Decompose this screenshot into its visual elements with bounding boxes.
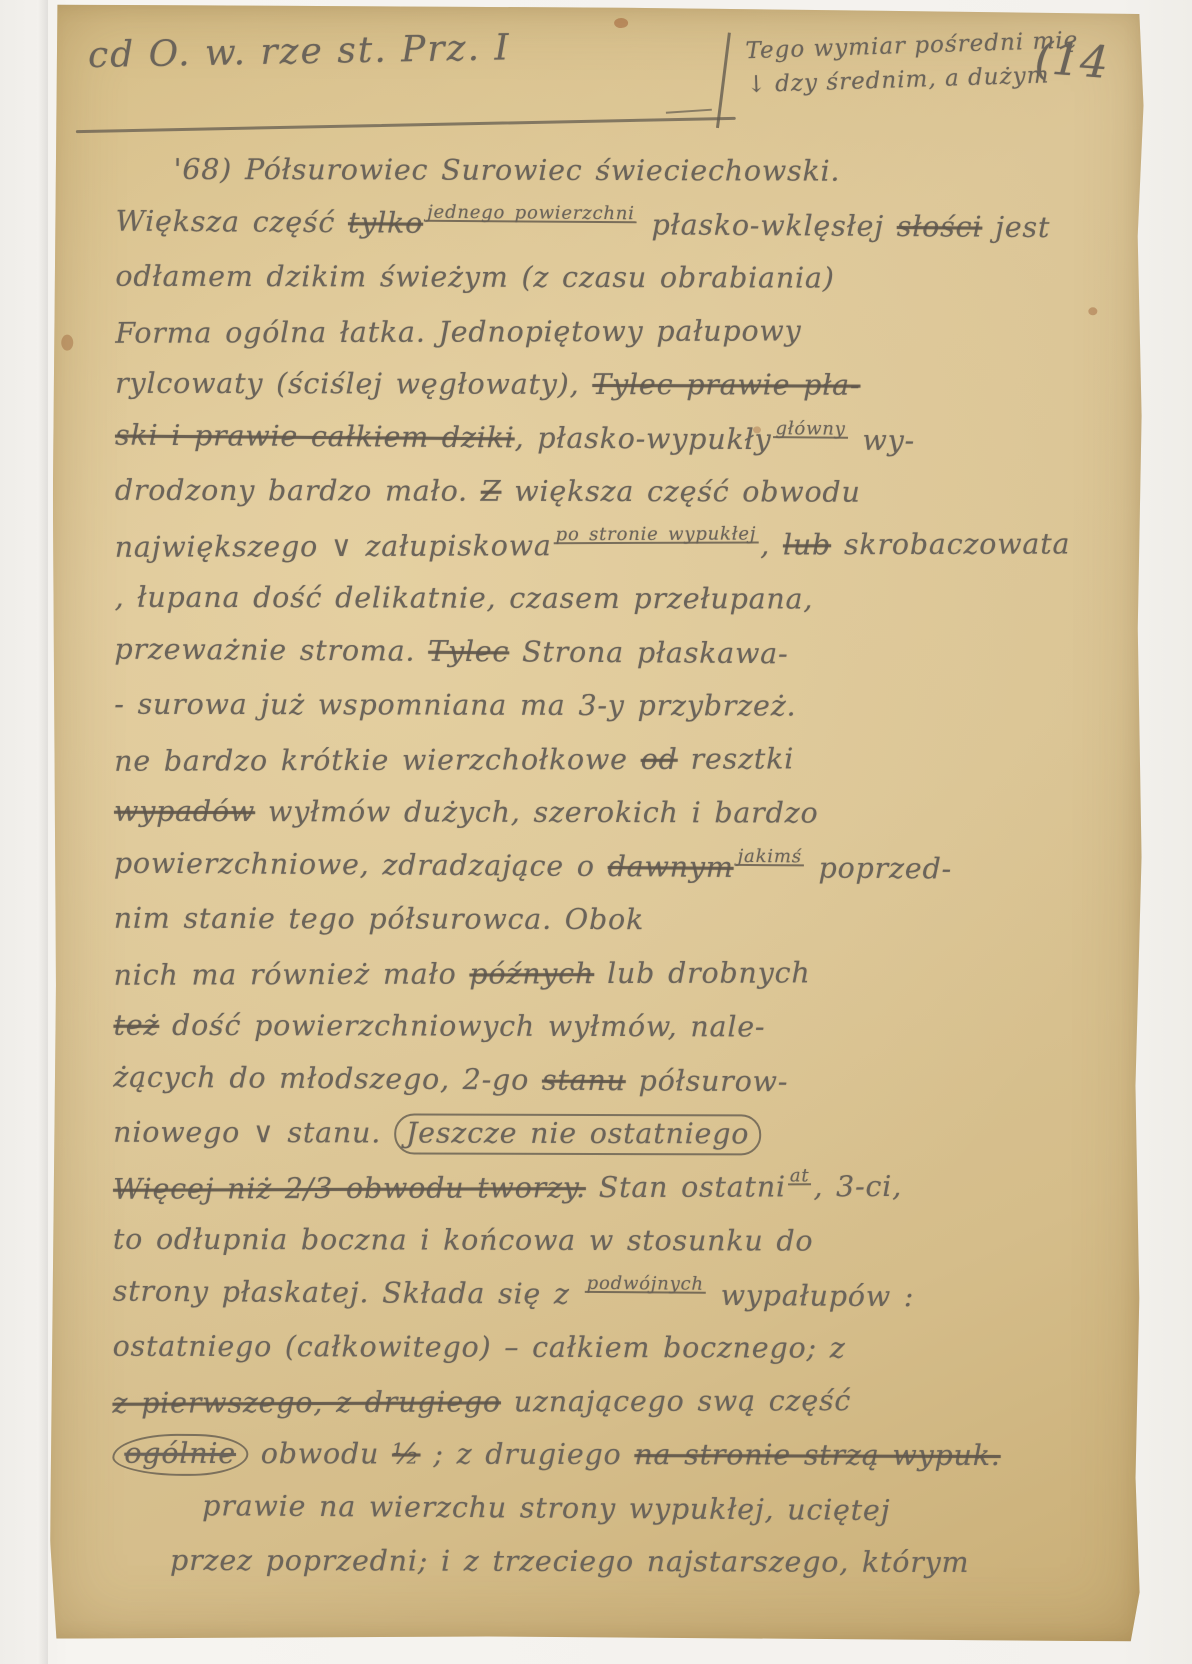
manuscript-line: też dość powierzchniowych wyłmów, nale- (113, 999, 1101, 1055)
handwritten-text: żących do młodszego, 2-go (113, 1060, 542, 1096)
manuscript-line: nim stanie tego półsurowca. Obok (114, 892, 1102, 948)
handwritten-text: przeważnie stroma. (114, 632, 428, 667)
struck-text: wypadów (114, 795, 255, 828)
struck-text: tylko (348, 206, 423, 240)
handwritten-text: drodzony bardzo mało. (115, 474, 481, 508)
manuscript-line: ogólnie obwodu ½ ; z drugiego na stronie… (112, 1427, 1100, 1483)
manuscript-paper: cd O. w. rze st. Prz. I Tego wymiar pośr… (50, 5, 1148, 1642)
handwritten-text: strony płaskatej. Składa się z (113, 1274, 583, 1310)
handwritten-text: wyłmów dużych, szerokich i bardzo (255, 795, 818, 829)
inserted-text: at (788, 1169, 812, 1185)
handwritten-text: płasko-wklęsłej (639, 208, 897, 243)
inserted-text: jednego powierzchni (425, 205, 637, 222)
handwritten-text: lub drobnych (594, 956, 810, 990)
manuscript-line: '68) Półsurowiec Surowiec świeciechowski… (116, 143, 1104, 199)
manuscript-line: z pierwszego, z drugiego uznającego swą … (112, 1373, 1100, 1430)
struck-text: od (641, 742, 678, 775)
handwritten-text: niowego ∨ stanu. (113, 1116, 394, 1150)
scanned-manuscript-page: { "page": { "kind": "handwritten pencil … (0, 0, 1192, 1664)
inserted-text: jakimś (736, 849, 804, 865)
handwritten-text: nim stanie tego półsurowca. Obok (114, 902, 644, 936)
inserted-text: główny (773, 422, 847, 439)
handwritten-text: ostatniego (całkowitego) – całkiem boczn… (113, 1330, 846, 1365)
struck-text: słości (897, 210, 983, 244)
page-number: (14 (1033, 33, 1110, 89)
struck-text: ski i prawie całkiem dziki (115, 418, 515, 454)
paper-stain (614, 18, 628, 28)
struck-text: też (113, 1009, 159, 1042)
handwritten-text: '68) Półsurowiec Surowiec świeciechowski… (174, 153, 841, 188)
struck-text: późnych (469, 957, 594, 990)
manuscript-line: żących do młodszego, 2-go stanu półsurow… (113, 1050, 1101, 1110)
handwritten-text: rylcowaty (ściślej węgłowaty), (115, 367, 592, 401)
manuscript-line: rylcowaty (ściślej węgłowaty), Tylec pra… (115, 357, 1103, 413)
handwritten-text: Większa część (115, 204, 348, 239)
handwritten-text: Forma ogólna łatka. Jednopiętowy pałupow… (115, 314, 801, 349)
handwritten-text: uznającego swą część (501, 1384, 851, 1418)
manuscript-line: Więcej niż 2/3 obwodu tworzy. Stan ostat… (113, 1159, 1101, 1216)
manuscript-line: odłamem dzikim świeżym (z czasu obrabian… (115, 250, 1103, 306)
scan-edge-shadow (38, 0, 48, 1664)
handwritten-text: , 3-ci, (813, 1169, 902, 1202)
manuscript-line: przez poprzedni; i z trzeciego najstarsz… (112, 1534, 1100, 1590)
struck-text: ½ (392, 1437, 421, 1470)
manuscript-line: ostatniego (całkowitego) – całkiem boczn… (113, 1320, 1101, 1376)
handwritten-text: większa część obwodu (501, 475, 860, 509)
handwritten-text: Strona płaskawa- (509, 635, 788, 670)
manuscript-line: strony płaskatej. Składa się z podwójnyc… (113, 1264, 1101, 1324)
handwritten-text: resztki (678, 742, 795, 775)
manuscript-line: prawie na wierzchu strony wypukłej, ucię… (112, 1478, 1100, 1538)
inserted-text: po stronie wypukłej (554, 527, 759, 544)
handwritten-text: Stan ostatni (586, 1170, 786, 1204)
handwritten-text: prawie na wierzchu strony wypukłej, ucię… (202, 1489, 890, 1527)
struck-text: Tylec prawie pła- (592, 368, 860, 402)
handwritten-text: półsurow- (626, 1064, 789, 1098)
handwritten-text: to odłupnia boczna i końcowa w stosunku … (113, 1223, 814, 1258)
struck-text: dawnym (608, 850, 734, 884)
manuscript-body: '68) Półsurowiec Surowiec świeciechowski… (112, 143, 1104, 1590)
manuscript-line: Większa część tylkojednego powierzchni p… (115, 194, 1103, 254)
handwritten-text: poprzed- (806, 851, 953, 885)
handwritten-text: ; z drugiego (420, 1438, 634, 1472)
handwritten-text: - surowa już wspomniana ma 3-y przybrzeż… (114, 688, 796, 723)
header-title: cd O. w. rze st. Prz. I (88, 27, 511, 76)
boxed-text: Jeszcze nie ostatniego (394, 1113, 761, 1155)
manuscript-line: powierzchniowe, zdradzające o dawnymjaki… (114, 836, 1102, 896)
handwritten-text: wy- (849, 423, 915, 456)
manuscript-line: niowego ∨ stanu. Jeszcze nie ostatniego (113, 1106, 1101, 1162)
handwritten-text: , łupana dość delikatnie, czasem przełup… (115, 581, 814, 616)
struck-text: na stronie strzą wypuk. (634, 1438, 1000, 1472)
handwritten-text: skrobaczowata (831, 527, 1070, 561)
manuscript-line: przeważnie stroma. Tylec Strona płaskawa… (114, 622, 1102, 682)
manuscript-line: Forma ogólna łatka. Jednopiętowy pałupow… (115, 303, 1103, 360)
handwritten-text: , płasko-wypukły (515, 421, 772, 456)
handwritten-text: przez poprzedni; i z trzeciego najstarsz… (170, 1544, 969, 1579)
manuscript-line: ski i prawie całkiem dziki, płasko-wypuk… (115, 408, 1103, 468)
paper-stain (61, 335, 73, 351)
handwritten-text: obwodu (248, 1437, 392, 1470)
handwritten-text: nich ma również mało (114, 957, 470, 991)
header-underline-short (666, 109, 712, 114)
circled-text: ogólnie (112, 1434, 248, 1476)
manuscript-line: wypadów wyłmów dużych, szerokich i bardz… (114, 785, 1102, 841)
header-margin-note: Tego wymiar pośredni mię ↓ dzy średnim, … (745, 23, 1080, 102)
manuscript-line: największego ∨ załupiskowapo stronie wyp… (115, 517, 1103, 574)
handwritten-text: dość powierzchniowych wyłmów, nale- (159, 1009, 765, 1044)
struck-text: Z (481, 475, 502, 508)
handwritten-text: ne bardzo krótkie wierzchołkowe (114, 742, 641, 777)
struck-text: Tylec (428, 634, 509, 668)
struck-text: stanu (542, 1063, 626, 1097)
handwritten-text: wypałupów : (708, 1278, 915, 1312)
struck-text: z pierwszego, z drugiego (112, 1385, 501, 1419)
handwritten-text: odłamem dzikim świeżym (z czasu obrabian… (115, 260, 834, 295)
inserted-text: podwójnych (585, 1276, 706, 1293)
manuscript-line: to odłupnia boczna i końcowa w stosunku … (113, 1213, 1101, 1269)
handwritten-text: , (760, 528, 783, 561)
manuscript-line: , łupana dość delikatnie, czasem przełup… (115, 571, 1103, 627)
manuscript-line: - surowa już wspomniana ma 3-y przybrzeż… (114, 678, 1102, 734)
manuscript-line: nich ma również mało późnych lub drobnyc… (114, 945, 1102, 1002)
header-underline (76, 117, 736, 133)
struck-text: lub (783, 528, 831, 561)
manuscript-line: ne bardzo krótkie wierzchołkowe od reszt… (114, 731, 1102, 788)
manuscript-line: drodzony bardzo mało. Z większa część ob… (115, 464, 1103, 520)
handwritten-text: największego ∨ załupiskowa (115, 529, 552, 564)
handwritten-text: jest (982, 210, 1050, 243)
struck-text: Więcej niż 2/3 obwodu tworzy. (113, 1171, 586, 1206)
header-divider-stroke (716, 33, 730, 129)
handwritten-text: powierzchniowe, zdradzające o (114, 846, 608, 882)
